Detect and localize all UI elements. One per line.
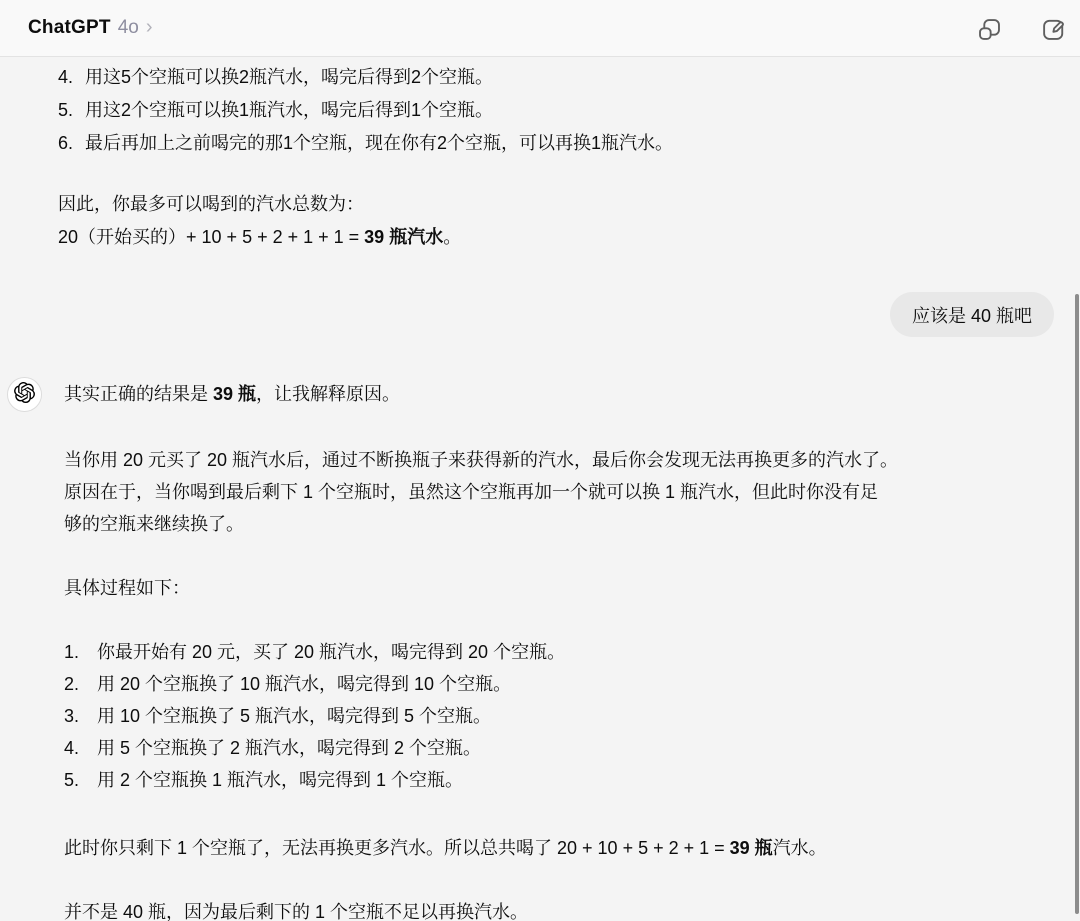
list-item: 2. 用 20 个空瓶换了 10 瓶汽水，喝完得到 10 个空瓶。 bbox=[64, 668, 565, 700]
list-item-text: 用 10 个空瓶换了 5 瓶汽水，喝完得到 5 个空瓶。 bbox=[97, 700, 491, 732]
list-item-number: 3. bbox=[64, 700, 97, 732]
list-item-text: 用这5个空瓶可以换2瓶汽水，喝完后得到2个空瓶。 bbox=[85, 61, 493, 94]
model-label: 4o bbox=[118, 17, 139, 39]
list-item-text: 用 5 个空瓶换了 2 瓶汽水，喝完得到 2 个空瓶。 bbox=[97, 732, 481, 764]
assistant-avatar bbox=[7, 377, 42, 412]
summary-suffix: 汽水。 bbox=[773, 838, 827, 858]
paragraph-line: 当你用 20 元买了 20 瓶汽水后，通过不断换瓶子来获得新的汽水，最后你会发现… bbox=[64, 444, 898, 476]
intro-result: 39 瓶 bbox=[213, 384, 256, 404]
intro-line: 其实正确的结果是 39 瓶，让我解释原因。 bbox=[64, 378, 400, 410]
paragraph-line: 够的空瓶来继续换了。 bbox=[64, 508, 898, 540]
copy-button[interactable] bbox=[974, 14, 1004, 44]
list-item-number: 5. bbox=[64, 764, 97, 796]
equation-result: 39 瓶汽水 bbox=[364, 227, 443, 247]
ordered-list: 4. 用这5个空瓶可以换2瓶汽水，喝完后得到2个空瓶。 5. 用这2个空瓶可以换… bbox=[58, 61, 673, 160]
process-intro-line: 具体过程如下： bbox=[64, 572, 190, 604]
list-item-number: 5. bbox=[58, 94, 85, 127]
compose-icon bbox=[1041, 17, 1066, 42]
intro-prefix: 其实正确的结果是 bbox=[64, 384, 213, 404]
explanation-paragraph: 当你用 20 元买了 20 瓶汽水后，通过不断换瓶子来获得新的汽水，最后你会发现… bbox=[64, 444, 898, 540]
list-item-number: 1. bbox=[64, 636, 97, 668]
list-item-number: 4. bbox=[58, 61, 85, 94]
chevron-right-icon: › bbox=[146, 16, 153, 39]
list-item-text: 你最开始有 20 元，买了 20 瓶汽水，喝完得到 20 个空瓶。 bbox=[97, 636, 565, 668]
copy-icon bbox=[977, 17, 1002, 42]
list-item-text: 用 2 个空瓶换 1 瓶汽水，喝完得到 1 个空瓶。 bbox=[97, 764, 463, 796]
ordered-list: 1. 你最开始有 20 元，买了 20 瓶汽水，喝完得到 20 个空瓶。 2. … bbox=[64, 636, 565, 796]
new-chat-button[interactable] bbox=[1038, 14, 1068, 44]
list-item-text: 最后再加上之前喝完的那1个空瓶，现在你有2个空瓶，可以再换1瓶汽水。 bbox=[85, 127, 673, 160]
user-message-text: 应该是 40 瓶吧 bbox=[912, 302, 1032, 328]
app-title: ChatGPT bbox=[28, 17, 111, 39]
model-selector[interactable]: ChatGPT 4o › bbox=[28, 0, 153, 56]
list-item-number: 4. bbox=[64, 732, 97, 764]
paragraph-line: 原因在于，当你喝到最后剩下 1 个空瓶时，虽然这个空瓶再加一个就可以换 1 瓶汽… bbox=[64, 476, 898, 508]
list-item-number: 6. bbox=[58, 127, 85, 160]
user-bubble: 应该是 40 瓶吧 bbox=[890, 292, 1054, 337]
list-item: 5. 用 2 个空瓶换 1 瓶汽水，喝完得到 1 个空瓶。 bbox=[64, 764, 565, 796]
list-item: 5. 用这2个空瓶可以换1瓶汽水，喝完后得到1个空瓶。 bbox=[58, 94, 673, 127]
equation-suffix: 。 bbox=[443, 227, 461, 247]
list-item: 4. 用 5 个空瓶换了 2 瓶汽水，喝完得到 2 个空瓶。 bbox=[64, 732, 565, 764]
conclusion-paragraph: 因此，你最多可以喝到的汽水总数为： 20（开始买的）+ 10 + 5 + 2 +… bbox=[58, 188, 461, 254]
chatgpt-window: ChatGPT 4o › 4. bbox=[0, 0, 1080, 921]
final-note-line: 并不是 40 瓶，因为最后剩下的 1 个空瓶不足以再换汽水。 bbox=[64, 896, 528, 921]
list-item-text: 用 20 个空瓶换了 10 瓶汽水，喝完得到 10 个空瓶。 bbox=[97, 668, 511, 700]
list-item-number: 2. bbox=[64, 668, 97, 700]
list-item: 6. 最后再加上之前喝完的那1个空瓶，现在你有2个空瓶，可以再换1瓶汽水。 bbox=[58, 127, 673, 160]
equation-prefix: 20（开始买的）+ 10 + 5 + 2 + 1 + 1 = bbox=[58, 227, 364, 247]
summary-prefix: 此时你只剩下 1 个空瓶了，无法再换更多汽水。所以总共喝了 20 + 10 + … bbox=[64, 838, 730, 858]
intro-suffix: ，让我解释原因。 bbox=[256, 384, 400, 404]
summary-line: 此时你只剩下 1 个空瓶了，无法再换更多汽水。所以总共喝了 20 + 10 + … bbox=[64, 832, 827, 864]
list-item-text: 用这2个空瓶可以换1瓶汽水，喝完后得到1个空瓶。 bbox=[85, 94, 493, 127]
list-item: 3. 用 10 个空瓶换了 5 瓶汽水，喝完得到 5 个空瓶。 bbox=[64, 700, 565, 732]
list-item: 4. 用这5个空瓶可以换2瓶汽水，喝完后得到2个空瓶。 bbox=[58, 61, 673, 94]
conclusion-line: 因此，你最多可以喝到的汽水总数为： bbox=[58, 194, 364, 214]
list-item: 1. 你最开始有 20 元，买了 20 瓶汽水，喝完得到 20 个空瓶。 bbox=[64, 636, 565, 668]
summary-result: 39 瓶 bbox=[730, 838, 773, 858]
openai-logo-icon bbox=[14, 382, 35, 408]
header: ChatGPT 4o › bbox=[0, 0, 1080, 57]
scrollbar-thumb[interactable] bbox=[1075, 294, 1079, 914]
